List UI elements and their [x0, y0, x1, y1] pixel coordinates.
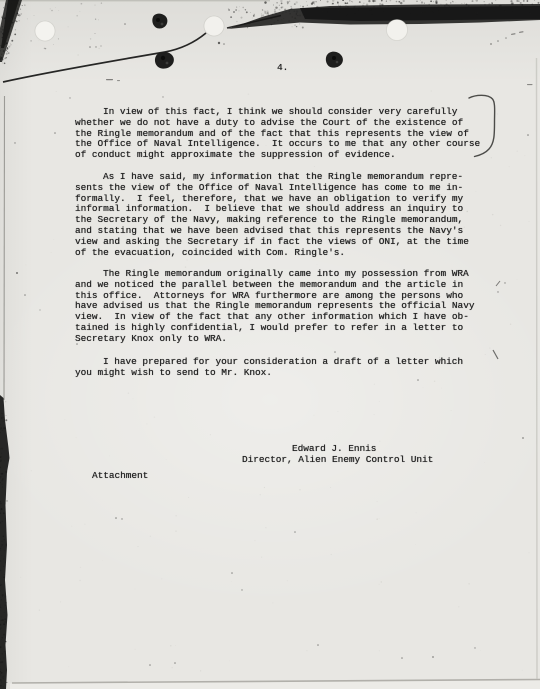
left-edge-line [4, 96, 5, 400]
left-edge-strip [0, 395, 10, 689]
ink-blot [326, 52, 343, 68]
paragraph-3: The Ringle memorandum originally came in… [75, 269, 495, 345]
corner-wedge [0, 0, 22, 62]
paragraph-2: As I have said, my information that the … [75, 172, 495, 258]
text-line: of conduct might approximate the suppres… [75, 150, 495, 161]
ink-blot [152, 14, 167, 29]
paragraph-1: In view of this fact, I think we should … [75, 107, 495, 161]
paragraph-4: I have prepared for your consideration a… [75, 357, 495, 379]
text-line: and we noticed the parallel between the … [75, 280, 495, 291]
top-dark-band-core [300, 6, 540, 21]
crease-line [3, 33, 206, 82]
page-number: 4. [277, 63, 288, 74]
corner-wedge-core [1, 0, 19, 48]
scanned-memo-page: 4. In view of this fact, I think we shou… [0, 0, 540, 689]
bottom-margin-area [10, 680, 540, 689]
top-dark-band [228, 4, 540, 29]
text-line: Secretary Knox only to WRA. [75, 334, 495, 345]
top-edge-line [0, 0, 270, 1]
crease-line-right [227, 16, 281, 29]
attachment-note: Attachment [92, 471, 148, 482]
text-line: you might wish to send to Mr. Knox. [75, 368, 495, 379]
punch-hole [35, 21, 55, 41]
punch-hole [204, 16, 224, 36]
bottom-edge-line [12, 680, 540, 684]
text-line: view and asking the Secretary if in fact… [75, 237, 495, 248]
text-line: whether we do not have a duty to advise … [75, 118, 495, 129]
right-edge-line [537, 58, 538, 679]
text-line: of the evacuation, coincided with Com. R… [75, 248, 495, 259]
text-line: sents the view of the Office of Naval In… [75, 183, 495, 194]
punch-hole [387, 20, 408, 41]
signature-title: Director, Alien Enemy Control Unit [242, 455, 433, 466]
ink-blot [155, 52, 174, 69]
